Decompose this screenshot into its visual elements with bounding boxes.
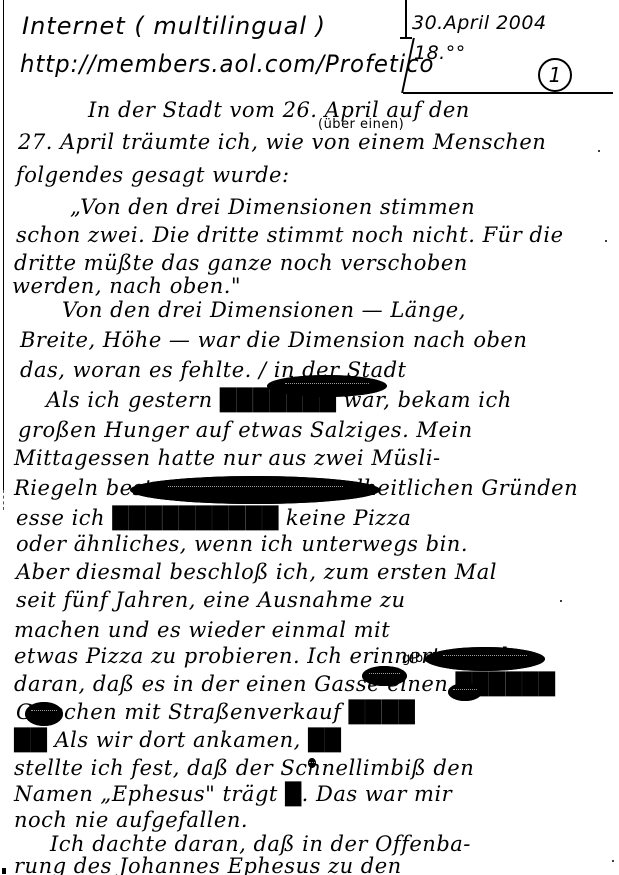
text-line: Von den drei Dimensionen — Länge, [62, 300, 466, 321]
text-line: In der Stadt vom 26. April auf den [88, 100, 470, 121]
scan-speck [560, 600, 562, 602]
redaction-mark [25, 702, 63, 726]
page-number: 1 [549, 63, 562, 87]
header-date: 30.April 2004 [412, 14, 547, 33]
scan-speck [598, 150, 600, 152]
text-line: 27. April träumte ich, wie von einem Men… [18, 132, 546, 153]
text-line: werden, nach oben." [12, 276, 241, 297]
text-line: Griechen mit Straßenverkauf ████ [16, 702, 415, 723]
text-line: noch nie aufgefallen. [14, 810, 248, 831]
scan-speck [612, 860, 614, 862]
text-line: esse ich ██████████ keine Pizza [16, 508, 411, 529]
page-number-circle: 1 [538, 58, 572, 92]
text-line: machen und es wieder einmal mit [14, 620, 390, 641]
header-box-line [405, 0, 407, 38]
text-line: Breite, Höhe — war die Dimension nach ob… [20, 330, 527, 351]
text-line: Ich dachte daran, daß in der Offenba- [50, 834, 471, 855]
redaction-mark [448, 683, 482, 701]
header-box-line [403, 92, 613, 94]
text-line: Namen „Ephesus" trägt █. Das war mir [14, 784, 452, 805]
text-line: Aber diesmal beschloß ich, zum ersten Ma… [16, 562, 497, 583]
text-line: rung des Johannes Ephesus zu den [14, 856, 402, 875]
header-box-line [400, 37, 412, 39]
header-title: Internet ( multilingual ) [22, 14, 326, 38]
left-margin-rule-dashed [3, 490, 5, 510]
left-margin-rule [3, 0, 4, 490]
redaction-mark [308, 758, 316, 768]
scan-speck [2, 868, 6, 874]
text-line: folgendes gesagt wurde: [16, 165, 290, 186]
handwritten-page: Internet ( multilingual ) http://members… [0, 0, 619, 875]
redaction-mark [130, 476, 380, 504]
scan-speck [605, 240, 607, 242]
header-url: http://members.aol.com/Profetico [20, 52, 434, 76]
text-line: schon zwei. Die dritte stimmt noch nicht… [16, 225, 564, 246]
header-time: 18.°° [414, 44, 466, 63]
text-line: großen Hunger auf etwas Salziges. Mein [18, 420, 473, 441]
text-line: Als ich gestern ███████ war, bekam ich [46, 390, 512, 411]
text-line: Mittagessen hatte nur aus zwei Müsli- [14, 448, 441, 469]
text-line: oder ähnliches, wenn ich unterwegs bin. [16, 534, 468, 555]
text-line: seit fünf Jahren, eine Ausnahme zu [16, 590, 406, 611]
text-line: dritte müßte das ganze noch verschoben [14, 253, 468, 274]
redaction-mark [425, 647, 545, 671]
text-line: ██ Als wir dort ankamen, ██ [14, 730, 341, 751]
redaction-mark [362, 666, 407, 686]
redaction-mark [267, 375, 387, 397]
text-line: stellte ich fest, daß der Schnellimbiß d… [14, 758, 474, 779]
text-line: „Von den drei Dimensionen stimmen [70, 197, 475, 218]
